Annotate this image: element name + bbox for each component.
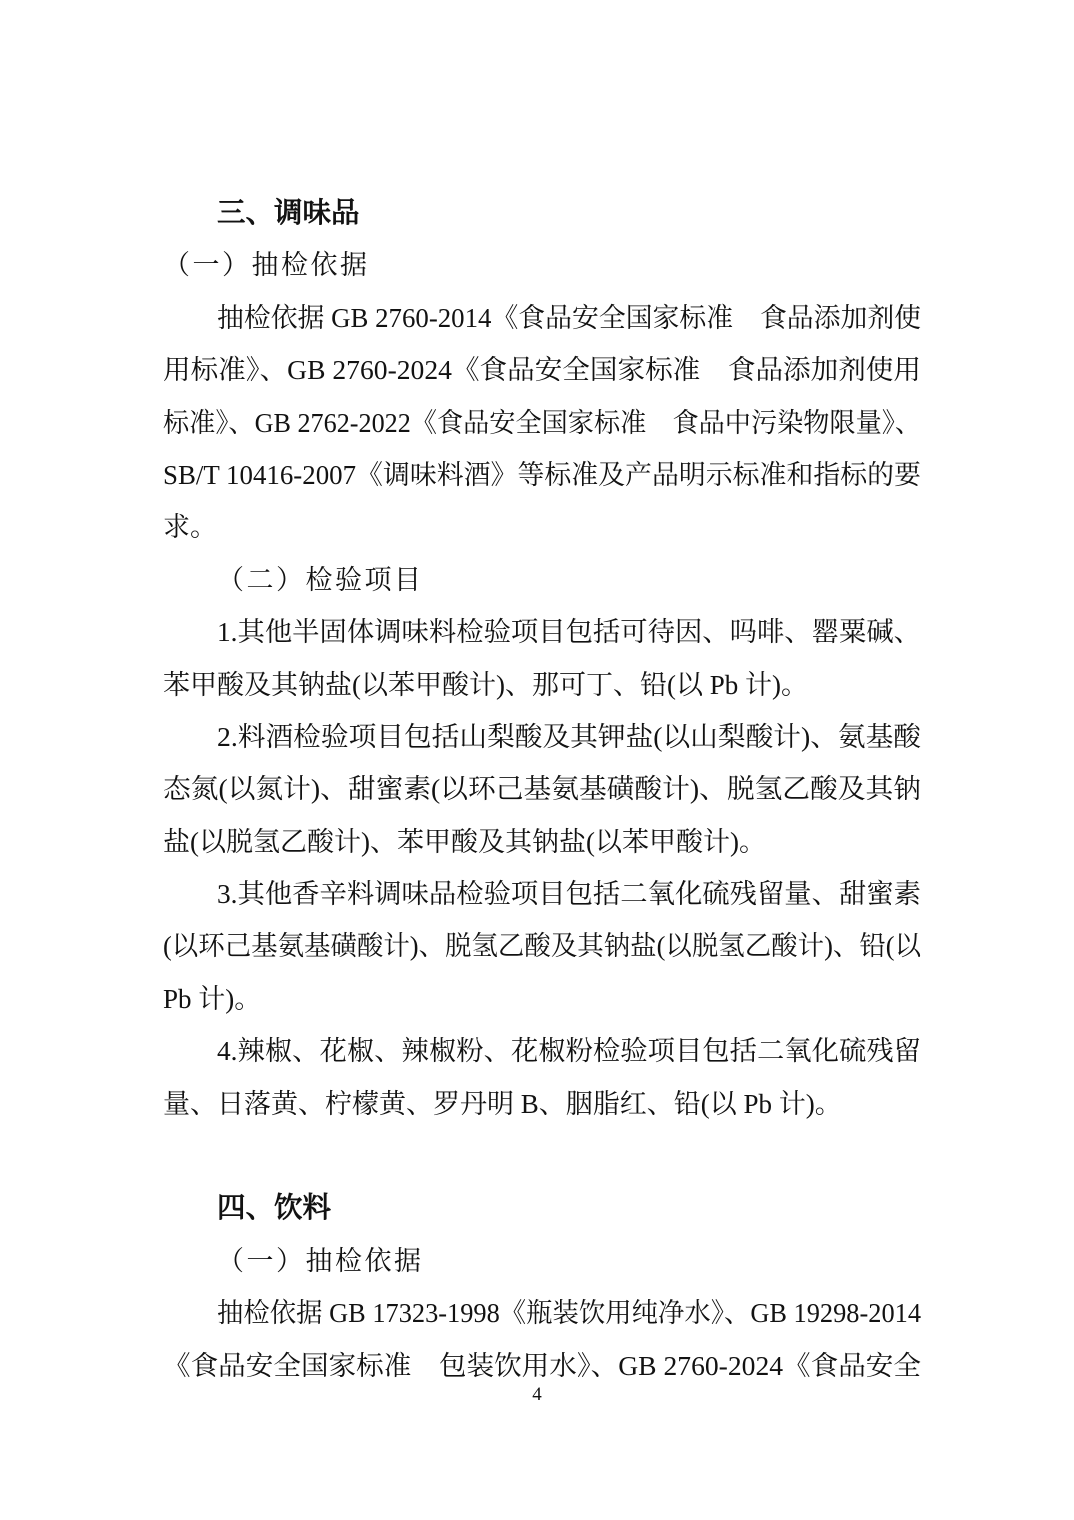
text-line: SB/T 10416-2007《调味料酒》等标准及产品明示标准和指标的要 (163, 449, 921, 501)
line-text: Pb 计)。 (163, 973, 261, 1025)
section-heading: 四、饮料 (163, 1182, 921, 1234)
text-line: 3.其他香辛料调味品检验项目包括二氧化硫残留量、甜蜜素 (163, 868, 921, 920)
line-text: 求。 (163, 501, 217, 553)
line-text: 态氮(以氮计)、甜蜜素(以环己基氨基磺酸计)、脱氢乙酸及其钠 (163, 763, 921, 815)
line-text: SB/T 10416-2007《调味料酒》等标准及产品明示标准和指标的要 (163, 449, 921, 501)
line-text: 四、饮料 (217, 1182, 331, 1234)
line-text: 苯甲酸及其钠盐(以苯甲酸计)、那可丁、铅(以 Pb 计)。 (163, 659, 808, 711)
page-number: 4 (0, 1384, 1074, 1406)
line-text: （一）抽检依据 (163, 239, 370, 291)
text-line: 苯甲酸及其钠盐(以苯甲酸计)、那可丁、铅(以 Pb 计)。 (163, 659, 921, 711)
paragraph-spacer (163, 1130, 921, 1182)
line-text: （二）检验项目 (217, 554, 424, 606)
document-page: 三、调味品（一）抽检依据抽检依据 GB 2760-2014《食品安全国家标准 食… (0, 0, 1074, 1520)
text-line: 4.辣椒、花椒、辣椒粉、花椒粉检验项目包括二氧化硫残留 (163, 1025, 921, 1077)
text-line: 2.料酒检验项目包括山梨酸及其钾盐(以山梨酸计)、氨基酸 (163, 711, 921, 763)
line-text: （一）抽检依据 (217, 1235, 424, 1287)
text-line: 盐(以脱氢乙酸计)、苯甲酸及其钠盐(以苯甲酸计)。 (163, 816, 921, 868)
line-text: 1.其他半固体调味料检验项目包括可待因、吗啡、罂粟碱、 (217, 606, 921, 658)
text-line: 用标准》、GB 2760-2024《食品安全国家标准 食品添加剂使用 (163, 344, 921, 396)
line-text: 抽检依据 GB 17323-1998《瓶装饮用纯净水》、GB 19298-201… (217, 1287, 921, 1339)
text-line: Pb 计)。 (163, 973, 921, 1025)
line-text: 3.其他香辛料调味品检验项目包括二氧化硫残留量、甜蜜素 (217, 868, 921, 920)
line-text: 量、日落黄、柠檬黄、罗丹明 B、胭脂红、铅(以 Pb 计)。 (163, 1078, 842, 1130)
line-text: 三、调味品 (217, 187, 360, 239)
text-line: 态氮(以氮计)、甜蜜素(以环己基氨基磺酸计)、脱氢乙酸及其钠 (163, 763, 921, 815)
line-text: 2.料酒检验项目包括山梨酸及其钾盐(以山梨酸计)、氨基酸 (217, 711, 921, 763)
text-line: 量、日落黄、柠檬黄、罗丹明 B、胭脂红、铅(以 Pb 计)。 (163, 1078, 921, 1130)
text-line: 标准》、GB 2762-2022《食品安全国家标准 食品中污染物限量》、 (163, 397, 921, 449)
text-line: (以环己基氨基磺酸计)、脱氢乙酸及其钠盐(以脱氢乙酸计)、铅(以 (163, 920, 921, 972)
line-text: 标准》、GB 2762-2022《食品安全国家标准 食品中污染物限量》、 (163, 397, 921, 449)
line-text: 盐(以脱氢乙酸计)、苯甲酸及其钠盐(以苯甲酸计)。 (163, 816, 766, 868)
sub-heading: （二）检验项目 (163, 554, 921, 606)
text-line: 抽检依据 GB 17323-1998《瓶装饮用纯净水》、GB 19298-201… (163, 1287, 921, 1339)
line-text: 抽检依据 GB 2760-2014《食品安全国家标准 食品添加剂使 (217, 292, 921, 344)
sub-heading: （一）抽检依据 (163, 239, 921, 291)
section-heading: 三、调味品 (163, 187, 921, 239)
text-line: 求。 (163, 501, 921, 553)
line-text: (以环己基氨基磺酸计)、脱氢乙酸及其钠盐(以脱氢乙酸计)、铅(以 (163, 920, 921, 972)
sub-heading: （一）抽检依据 (163, 1235, 921, 1287)
document-content: 三、调味品（一）抽检依据抽检依据 GB 2760-2014《食品安全国家标准 食… (163, 187, 921, 1392)
line-text: 4.辣椒、花椒、辣椒粉、花椒粉检验项目包括二氧化硫残留 (217, 1025, 921, 1077)
text-line: 1.其他半固体调味料检验项目包括可待因、吗啡、罂粟碱、 (163, 606, 921, 658)
text-line: 抽检依据 GB 2760-2014《食品安全国家标准 食品添加剂使 (163, 292, 921, 344)
line-text: 用标准》、GB 2760-2024《食品安全国家标准 食品添加剂使用 (163, 344, 921, 396)
